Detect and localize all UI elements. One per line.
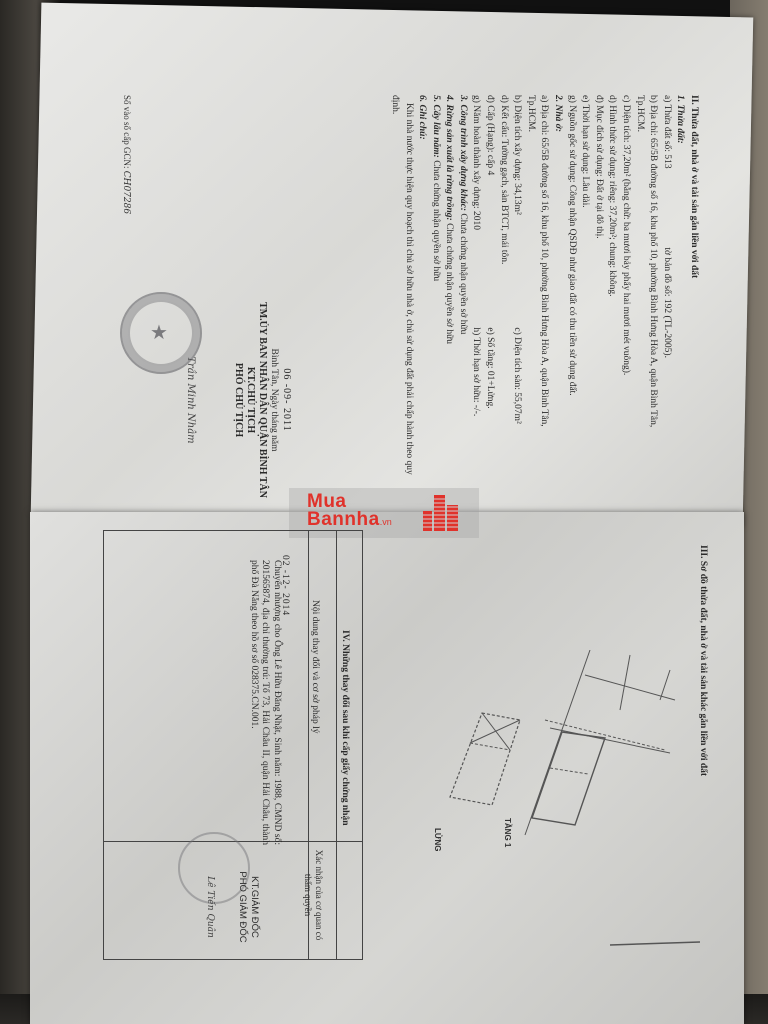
land-parcel-row: a) Thửa đất số: 513 tờ bản đồ số: 192 (T…: [659, 95, 673, 515]
land-use-purpose: đ) Mục đích sử dụng: Đất ở tại đô thị.: [591, 95, 605, 515]
house-structure: d) Kết cấu: Tường gạch, sàn BTCT, mái tô…: [496, 95, 510, 515]
signer-position: PHÓ CHỦ TỊCH: [232, 300, 244, 500]
building-logo-icon: [421, 493, 461, 533]
house-grade: đ) Cấp (Hạng): cấp 4: [483, 95, 497, 325]
column-header-content: Nội dung thay đổi và cơ sở pháp lý: [310, 600, 320, 734]
house-heading: 2. Nhà ở:: [550, 95, 564, 515]
land-heading: 1. Thửa đất:: [673, 95, 687, 515]
notes-heading: 6. Ghi chú:: [415, 95, 429, 515]
land-plot-diagram: [420, 650, 740, 950]
land-use-term: e) Thời hạn sử dụng: Lâu dài.: [578, 95, 592, 515]
table-divider: [336, 531, 337, 959]
notes-text: Khi nhà nước thực hiện quy hoạch thì chủ…: [387, 95, 414, 495]
house-grade-row: đ) Cấp (Hạng): cấp 4 e) Số tầng: 01+Lửng…: [483, 95, 497, 515]
issuance-place-date: Bình Tân, Ngày tháng năm: [268, 300, 280, 500]
other-construction: 3. Công trình xây dựng khác: Chưa chứng …: [455, 95, 469, 515]
land-map-sheet: tờ bản đồ số: 192 (TL-2005).: [662, 247, 672, 358]
confirm-position: PHÓ GIÁM ĐỐC: [236, 852, 248, 962]
on-behalf-of: KT.CHỦ TỊCH: [244, 300, 256, 500]
land-use-origin: g) Nguồn gốc sử dụng: Công nhận QSDĐ như…: [564, 95, 578, 515]
confirm-on-behalf: KT.GIÁM ĐỐC: [248, 852, 260, 962]
register-number: Số vào sổ cấp GCN: CH07286: [121, 95, 132, 214]
column-header-confirmation: Xác nhận của cơ quan có thẩm quyền: [302, 845, 324, 945]
section-iv-title: IV. Những thay đổi sau khi cấp giấy chứn…: [340, 630, 350, 826]
official-seal-icon: ★: [120, 292, 202, 374]
land-use-form: d) Hình thức sử dụng: riêng: 37,20m²; ch…: [605, 95, 619, 515]
watermark-text: Mua Bannha.vn: [307, 493, 392, 531]
change-content: Chuyển nhượng cho Ông Lê Hữu Đăng Nhật, …: [248, 560, 283, 845]
house-year-row: g) Năm hoàn thành xây dựng: 2010 h) Thời…: [469, 95, 483, 515]
house-floors: e) Số tầng: 01+Lửng.: [485, 327, 495, 408]
planted-forest: 4. Rừng sản xuất là rừng trồng: Chưa chứ…: [442, 95, 456, 515]
land-address: b) Địa chỉ: 65/5B đường số 16, khu phố 1…: [646, 95, 660, 515]
confirmation-signature-block: KT.GIÁM ĐỐC PHÓ GIÁM ĐỐC Lê Tiến Quân: [204, 852, 260, 962]
floor-label-mezzanine: LỬNG: [433, 828, 442, 852]
house-address-cont: Tp.HCM.: [523, 95, 537, 515]
section-ii-title: II. Thửa đất, nhà ở và tài sản gắn liền …: [686, 95, 700, 515]
land-address-cont: Tp.HCM.: [632, 95, 646, 515]
house-address: a) Địa chỉ: 65/5B đường số 16, khu phố 1…: [537, 95, 551, 515]
register-number-value: CH07286: [121, 171, 131, 214]
house-floor-area: c) Diện tích sàn: 55,07m²: [512, 327, 522, 424]
house-completion-year: g) Năm hoàn thành xây dựng: 2010: [469, 95, 483, 325]
floor-label-ground: TẦNG 1: [503, 818, 512, 847]
issuing-authority: TM.ỦY BAN NHÂN DÂN QUẬN BÌNH TÂN: [256, 300, 268, 500]
register-number-label: Số vào sổ cấp GCN:: [122, 95, 132, 169]
house-area-row: b) Diện tích xây dựng: 34,13m² c) Diện t…: [510, 95, 524, 515]
issuance-date-stamp: 06 -09- 2011: [280, 300, 292, 500]
confirm-signer: Lê Tiến Quân: [204, 852, 216, 962]
house-ownership-term: h) Thời hạn sở hữu: -/-.: [472, 327, 482, 416]
land-parcel: a) Thửa đất số: 513: [659, 95, 673, 245]
perennial-trees: 5. Cây lâu năm: Chưa chứng nhận quyền sở…: [428, 95, 442, 515]
section-ii-land-and-house: II. Thửa đất, nhà ở và tài sản gắn liền …: [387, 95, 700, 515]
house-build-area: b) Diện tích xây dựng: 34,13m²: [510, 95, 524, 325]
land-area: c) Diện tích: 37,20m² (bằng chữ: ba mươi…: [618, 95, 632, 515]
